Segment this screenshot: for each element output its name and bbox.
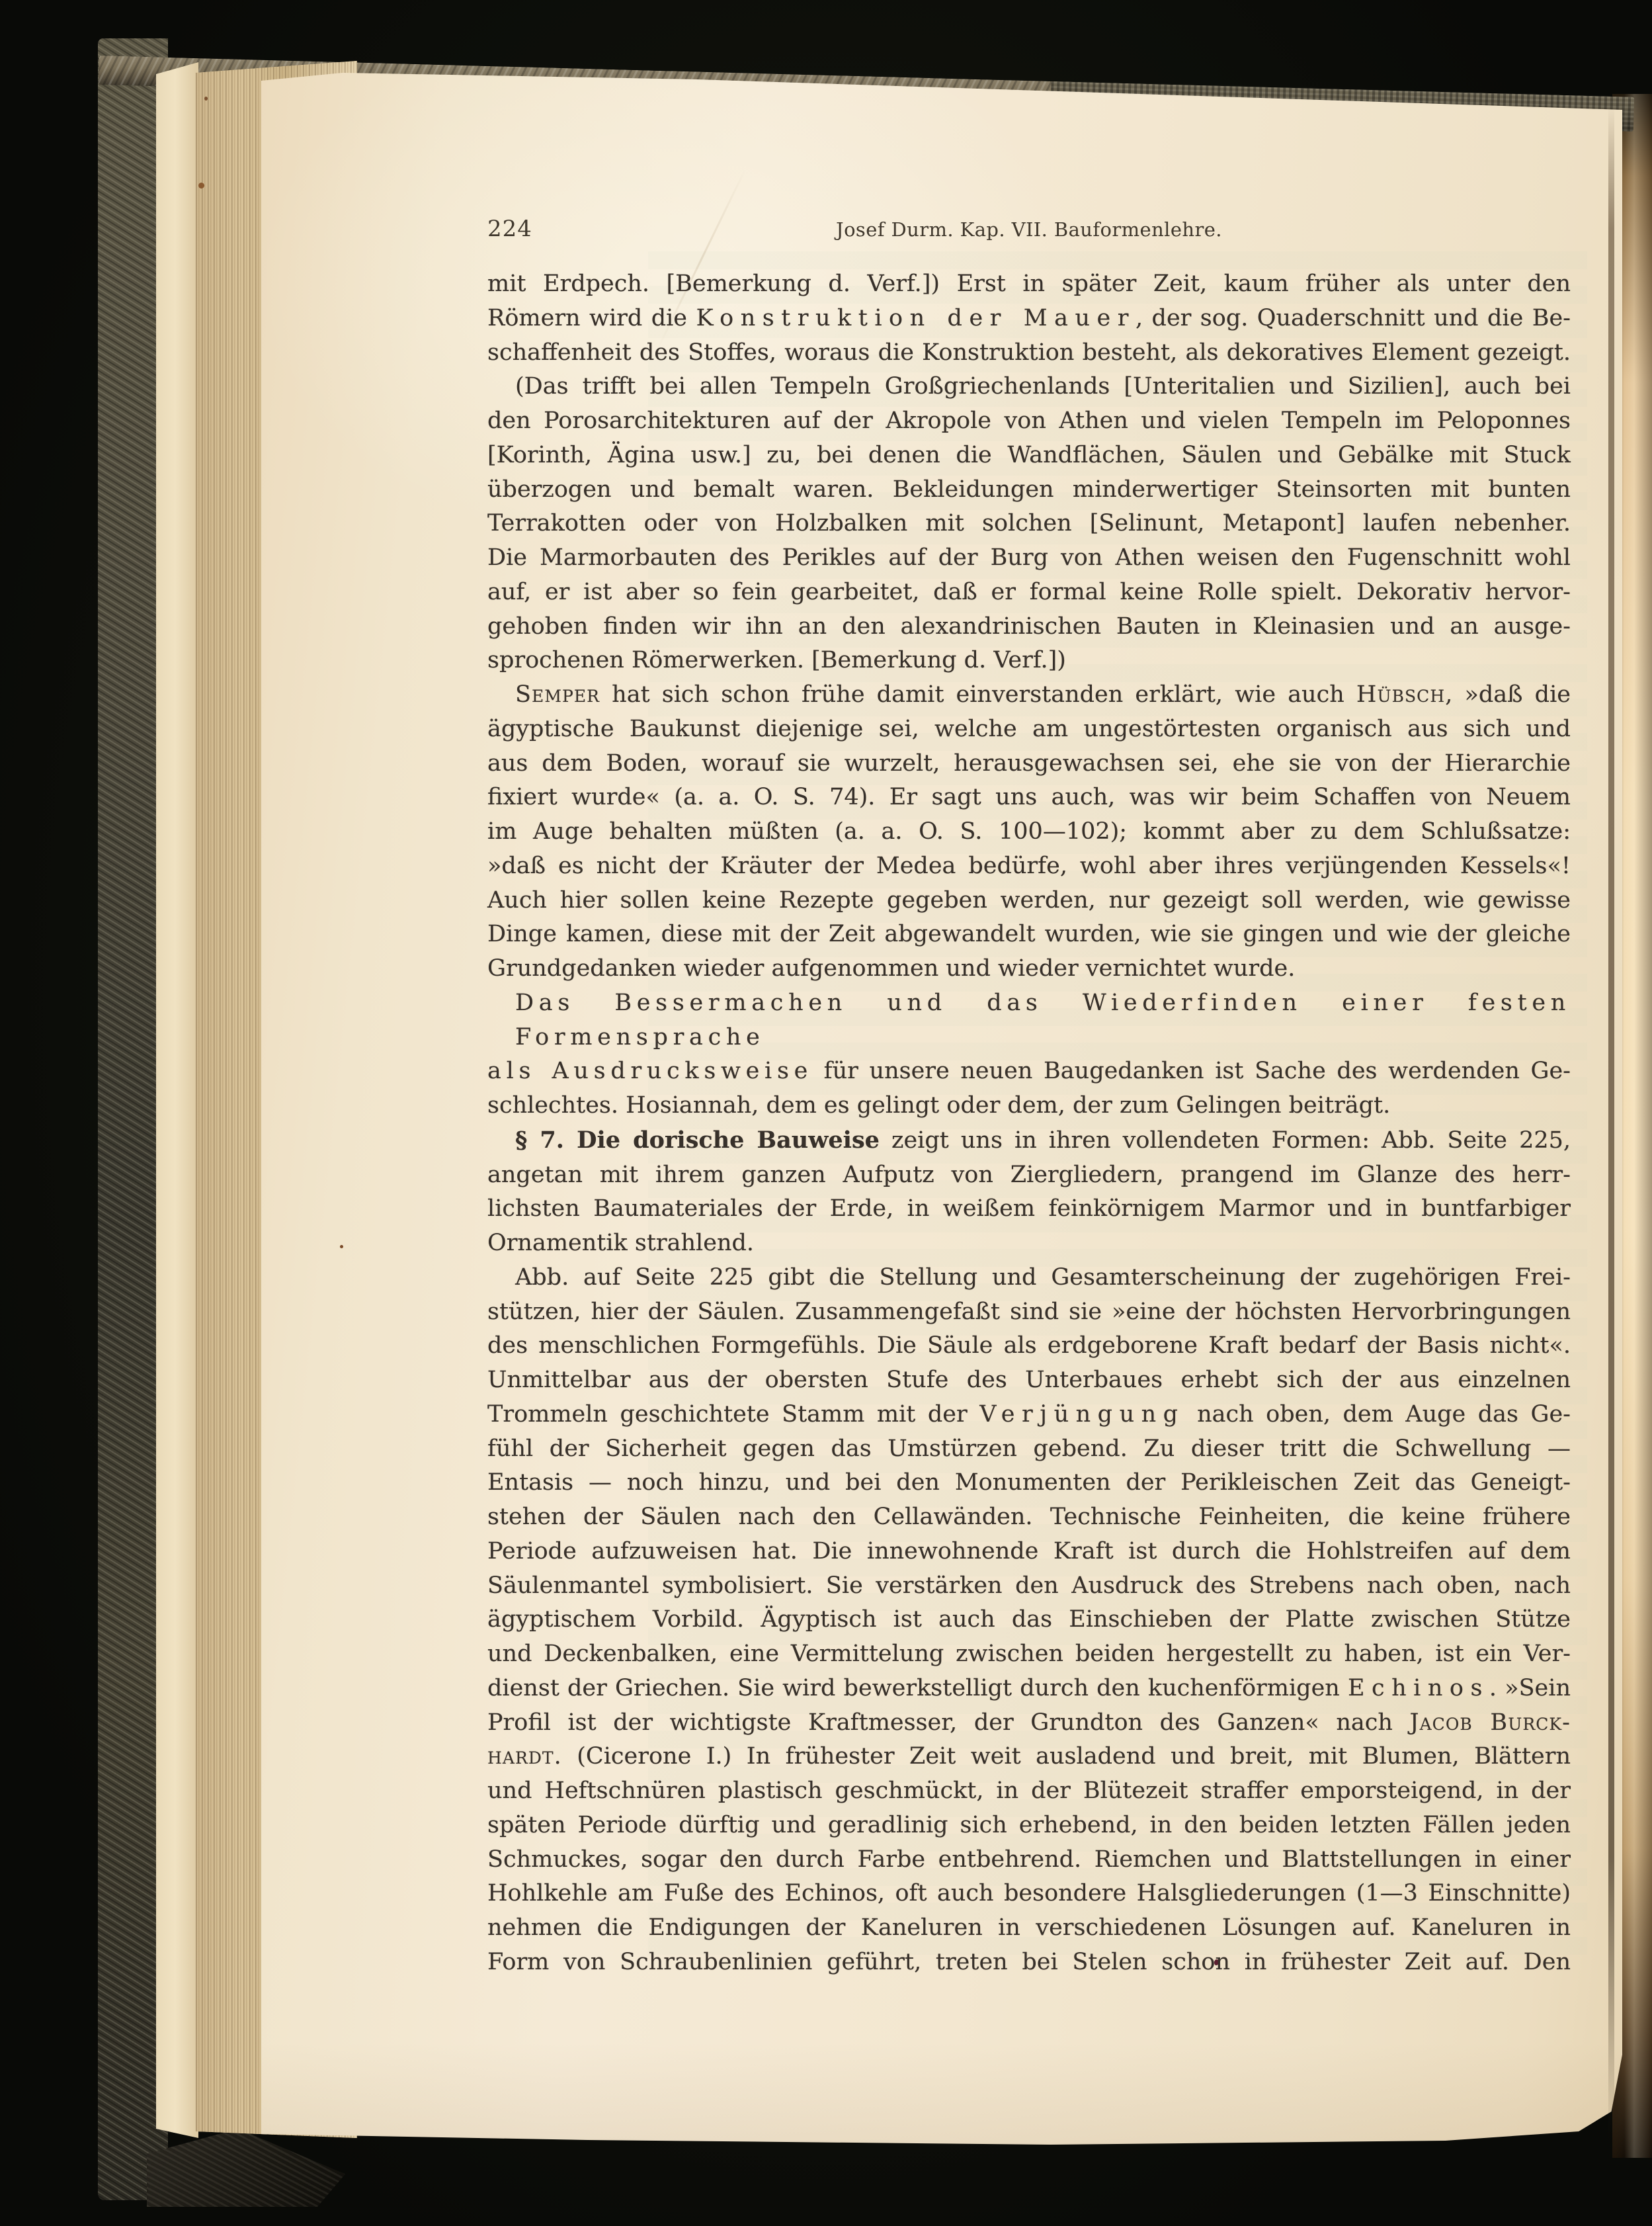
text-line: Dinge kamen, diese mit der Zeit abgewand… — [487, 918, 1571, 952]
text-line: lichsten Baumateriales der Erde, in weiß… — [487, 1192, 1571, 1226]
text-line: Schmuckes, sogar den durch Farbe entbehr… — [487, 1843, 1571, 1877]
text-line: Trommeln geschichtete Stamm mit der Verj… — [487, 1398, 1571, 1432]
text-line: schlechtes. Hosiannah, dem es gelingt od… — [487, 1089, 1571, 1123]
page-edge-strip — [156, 60, 198, 2138]
text-line: [Korinth, Ägina usw.] zu, bei denen die … — [487, 439, 1571, 473]
text-line: Grundgedanken wieder aufgenommen und wie… — [487, 952, 1571, 986]
foxing-speck — [340, 1245, 343, 1248]
text-line: dienst der Griechen. Sie wird bewerkstel… — [487, 1672, 1571, 1706]
body-text: mit Erdpech. [Bemerkung d. Verf.]) Erst … — [487, 267, 1571, 1980]
running-header: Josef Durm. Kap. VII. Bauformenlehre. — [487, 218, 1571, 241]
text-line: »daß es nicht der Kräuter der Medea bedü… — [487, 849, 1571, 884]
foxing-speck — [198, 183, 204, 189]
text-line: Entasis — noch hinzu, und bei den Monume… — [487, 1466, 1571, 1500]
text-line: nehmen die Endigungen der Kaneluren in v… — [487, 1911, 1571, 1946]
text-line: Unmittelbar aus der obersten Stufe des U… — [487, 1363, 1571, 1398]
text-line: angetan mit ihrem ganzen Aufputz von Zie… — [487, 1158, 1571, 1193]
text-line: mit Erdpech. [Bemerkung d. Verf.]) Erst … — [487, 267, 1571, 302]
text-line: (Das trifft bei allen Tempeln Großgriech… — [487, 370, 1571, 404]
text-line: hardt. (Cicerone I.) In frühester Zeit w… — [487, 1740, 1571, 1774]
text-line: Auch hier sollen keine Rezepte gegeben w… — [487, 884, 1571, 918]
text-line: Die Marmorbauten des Perikles auf der Bu… — [487, 541, 1571, 576]
text-line: überzogen und bemalt waren. Bekleidungen… — [487, 473, 1571, 507]
text-line: Terrakotten oder von Holzbalken mit solc… — [487, 507, 1571, 541]
text-line: Ornamentik strahlend. — [487, 1226, 1571, 1261]
text-line: sprochenen Römerwerken. [Bemerkung d. Ve… — [487, 644, 1571, 678]
text-line: des menschlichen Formgefühls. Die Säule … — [487, 1329, 1571, 1363]
text-line: fühl der Sicherheit gegen das Umstürzen … — [487, 1432, 1571, 1467]
text-line: Hohlkehle am Fuße des Echinos, oft auch … — [487, 1877, 1571, 1911]
text-line: späten Periode dürftig und geradlinig si… — [487, 1809, 1571, 1843]
text-line: und Deckenbalken, eine Vermittelung zwis… — [487, 1637, 1571, 1672]
text-line: ägyptischem Vorbild. Ägyptisch ist auch … — [487, 1603, 1571, 1637]
text-line: ägyptische Baukunst diejenige sei, welch… — [487, 712, 1571, 747]
text-line: Säulenmantel symbolisiert. Sie verstärke… — [487, 1569, 1571, 1604]
text-line: als Ausdrucksweise für unsere neuen Baug… — [487, 1054, 1571, 1089]
text-line: Periode aufzuweisen hat. Die innewohnend… — [487, 1535, 1571, 1569]
page-gutter-crease — [1608, 106, 1614, 2142]
text-line: fixiert wurde« (a. a. O. S. 74). Er sagt… — [487, 781, 1571, 815]
text-line: Das Bessermachen und das Wiederfinden ei… — [487, 986, 1571, 1055]
book-cover-bottom-corner — [147, 2129, 345, 2207]
text-line: § 7. Die dorische Bauweise zeigt uns in … — [487, 1123, 1571, 1158]
text-line: schaffenheit des Stoffes, woraus die Kon… — [487, 336, 1571, 370]
text-line: Abb. auf Seite 225 gibt die Stellung und… — [487, 1261, 1571, 1295]
text-line: und Heftschnüren plastisch geschmückt, i… — [487, 1774, 1571, 1809]
text-line: Form von Schraubenlinien geführt, treten… — [487, 1946, 1571, 1980]
text-line: auf, er ist aber so fein gearbeitet, daß… — [487, 576, 1571, 610]
foxing-speck — [204, 97, 208, 101]
text-line: gehoben finden wir ihn an den alexandrin… — [487, 610, 1571, 644]
text-line: stützen, hier der Säulen. Zusammengefaßt… — [487, 1295, 1571, 1330]
text-line: aus dem Boden, worauf sie wurzelt, herau… — [487, 747, 1571, 781]
scanned-book-photo: { "page": { "number": "224", "running_he… — [0, 0, 1652, 2226]
page-header: 224 Josef Durm. Kap. VII. Bauformenlehre… — [487, 216, 1571, 246]
text-line: den Porosarchitekturen auf der Akropole … — [487, 404, 1571, 439]
text-line: im Auge behalten müßten (a. a. O. S. 100… — [487, 815, 1571, 849]
text-line: Römern wird die Konstruktion der Mauer, … — [487, 302, 1571, 336]
text-line: stehen der Säulen nach den Cellawänden. … — [487, 1500, 1571, 1535]
text-line: Profil ist der wichtigste Kraftmesser, d… — [487, 1706, 1571, 1740]
text-line: Semper hat sich schon frühe damit einver… — [487, 678, 1571, 712]
